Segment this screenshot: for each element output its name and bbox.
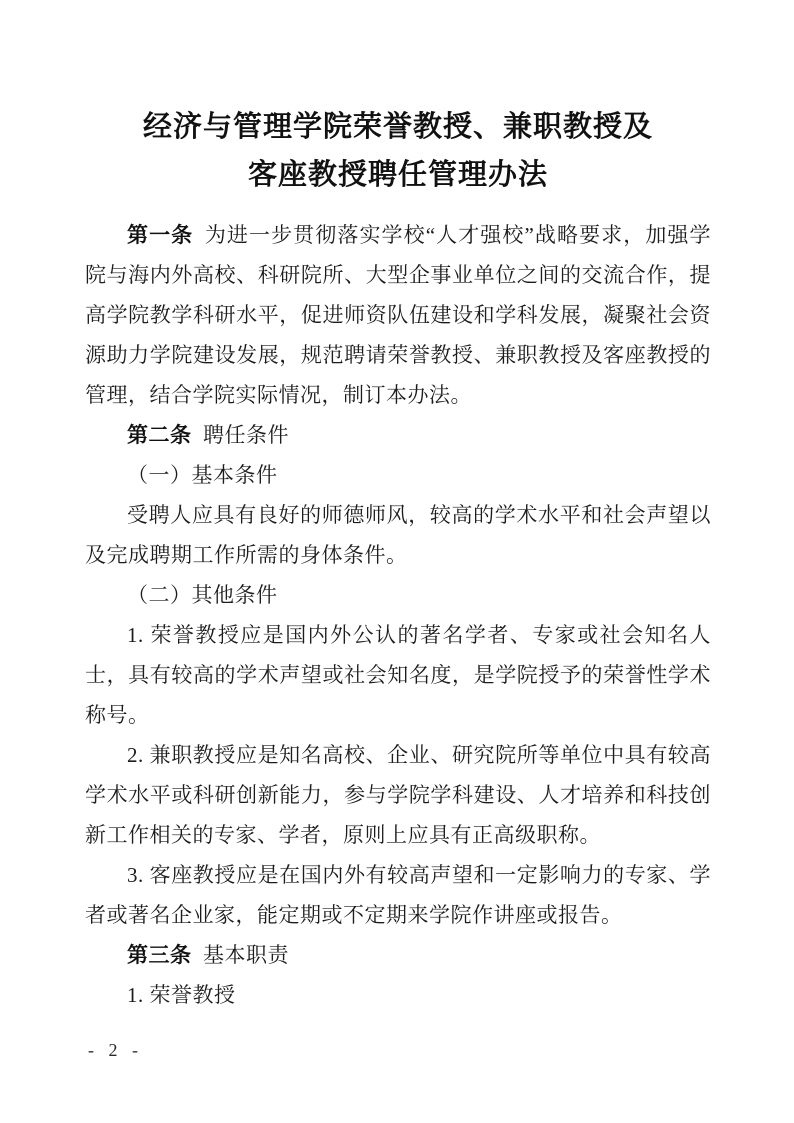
article-label: 第一条 bbox=[127, 223, 193, 247]
paragraph-text: 1. 荣誉教授应是国内外公认的著名学者、专家或社会知名人士，具有较高的学术声望或… bbox=[85, 623, 711, 727]
paragraph-text: 1. 荣誉教授 bbox=[127, 983, 236, 1007]
title-line-1: 经济与管理学院荣誉教授、兼职教授及 bbox=[85, 103, 711, 151]
paragraph-text: 为进一步贯彻落实学校“人才强校”战略要求，加强学院与海内外高校、科研院所、大型企… bbox=[85, 223, 711, 407]
article-label: 第三条 bbox=[127, 943, 192, 967]
paragraph-text: 2. 兼职教授应是知名高校、企业、研究院所等单位中具有较高学术水平或科研创新能力… bbox=[85, 743, 711, 847]
paragraph-article-2: 第二条聘任条件 bbox=[85, 415, 711, 455]
document-page: 经济与管理学院荣誉教授、兼职教授及 客座教授聘任管理办法 第一条为进一步贯彻落实… bbox=[0, 0, 794, 1123]
article-label: 第二条 bbox=[127, 423, 192, 447]
document-title: 经济与管理学院荣誉教授、兼职教授及 客座教授聘任管理办法 bbox=[85, 103, 711, 199]
paragraph-text: 聘任条件 bbox=[203, 423, 289, 447]
title-line-2: 客座教授聘任管理办法 bbox=[85, 151, 711, 199]
document-body: 第一条为进一步贯彻落实学校“人才强校”战略要求，加强学院与海内外高校、科研院所、… bbox=[85, 215, 711, 1015]
paragraph-item-honorary: 1. 荣誉教授应是国内外公认的著名学者、专家或社会知名人士，具有较高的学术声望或… bbox=[85, 615, 711, 735]
paragraph-subheading-other: （二）其他条件 bbox=[85, 575, 711, 615]
document-content: 经济与管理学院荣誉教授、兼职教授及 客座教授聘任管理办法 第一条为进一步贯彻落实… bbox=[85, 103, 711, 1015]
paragraph-article-3: 第三条基本职责 bbox=[85, 935, 711, 975]
paragraph-text: （二）其他条件 bbox=[127, 583, 278, 607]
paragraph-item-visiting: 3. 客座教授应是在国内外有较高声望和一定影响力的专家、学者或著名企业家，能定期… bbox=[85, 855, 711, 935]
paragraph-item-honorary-duty: 1. 荣誉教授 bbox=[85, 975, 711, 1015]
paragraph-text: 3. 客座教授应是在国内外有较高声望和一定影响力的专家、学者或著名企业家，能定期… bbox=[85, 863, 711, 927]
paragraph-basic-conditions: 受聘人应具有良好的师德师风，较高的学术水平和社会声望以及完成聘期工作所需的身体条… bbox=[85, 495, 711, 575]
paragraph-text: （一）基本条件 bbox=[127, 463, 278, 487]
paragraph-text: 基本职责 bbox=[203, 943, 289, 967]
paragraph-article-1: 第一条为进一步贯彻落实学校“人才强校”战略要求，加强学院与海内外高校、科研院所、… bbox=[85, 215, 711, 415]
paragraph-subheading-basic: （一）基本条件 bbox=[85, 455, 711, 495]
paragraph-text: 受聘人应具有良好的师德师风，较高的学术水平和社会声望以及完成聘期工作所需的身体条… bbox=[85, 503, 711, 567]
page-number: - 2 - bbox=[88, 1040, 143, 1061]
paragraph-item-adjunct: 2. 兼职教授应是知名高校、企业、研究院所等单位中具有较高学术水平或科研创新能力… bbox=[85, 735, 711, 855]
